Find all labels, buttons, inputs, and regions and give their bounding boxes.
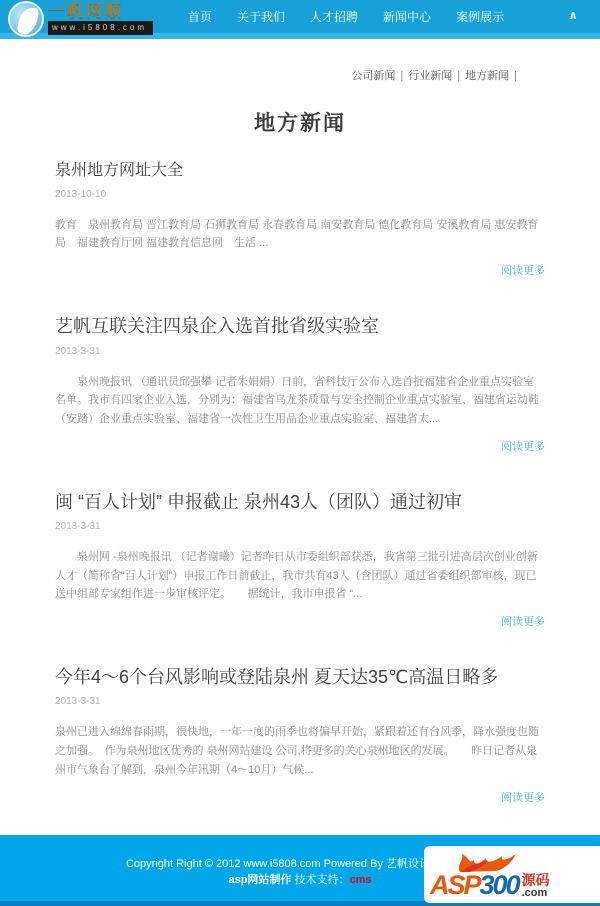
- read-more-link[interactable]: 阅读更多: [501, 792, 545, 804]
- news-item: 今年4～6个台风影响或登陆泉州 夏天达35℃高温日略多 2013-3-31 泉州…: [55, 666, 545, 805]
- news-item: 闽 “百人计划” 申报截止 泉州43人（团队）通过初审 2013-3-31 泉州…: [55, 491, 545, 630]
- news-date: 2013-3-31: [55, 521, 545, 532]
- separator: |: [400, 70, 403, 82]
- logo-title: 一帆网顺: [48, 3, 153, 21]
- category-link-industry[interactable]: 行业新闻: [408, 70, 452, 82]
- read-more-link[interactable]: 阅读更多: [501, 616, 545, 628]
- asp300-watermark-logo: ASP300 源码 .com: [424, 846, 600, 903]
- news-item: 艺帆互联关注四泉企入选首批省级实验室 2013-3-31 泉州晚报讯 （通讯员邱…: [55, 315, 545, 454]
- nav-item-cases[interactable]: 案例展示: [456, 8, 504, 25]
- wm-yuanma-text: 源码: [522, 873, 550, 887]
- category-link-company[interactable]: 公司新闻: [351, 70, 395, 82]
- news-excerpt: 教育 泉州教育局 晋江教育局 石狮教育局 永春教育局 南安教育局 德化教育局 安…: [55, 216, 545, 253]
- news-date: 2013-3-31: [55, 696, 545, 707]
- news-title[interactable]: 艺帆互联关注四泉企入选首批省级实验室: [55, 315, 545, 338]
- news-date: 2013-10-10: [55, 189, 545, 200]
- sail-logo-icon: [8, 1, 44, 37]
- news-date: 2013-3-31: [55, 346, 545, 357]
- read-more-link[interactable]: 阅读更多: [501, 265, 545, 277]
- cms-link[interactable]: cms: [350, 874, 372, 886]
- wm-300-text: 300: [480, 872, 519, 899]
- news-title[interactable]: 今年4～6个台风影响或登陆泉州 夏天达35℃高温日略多: [55, 666, 545, 689]
- logo-url: www.i5808.com: [48, 21, 153, 35]
- news-list: 泉州地方网址大全 2013-10-10 教育 泉州教育局 晋江教育局 石狮教育局…: [55, 161, 545, 806]
- footer-support-label: 技术支持：: [291, 874, 349, 886]
- wm-asp-text: ASP: [430, 872, 480, 899]
- nav-item-home[interactable]: 首页: [188, 8, 212, 25]
- chevron-up-icon[interactable]: ∧: [568, 8, 578, 22]
- footer-asp-label: asp网站制作: [228, 874, 291, 886]
- separator: |: [457, 70, 460, 82]
- nav-item-about[interactable]: 关于我们: [237, 8, 285, 25]
- site-header: 一帆网顺 www.i5808.com 首页 关于我们 人才招聘 新闻中心 案例展…: [0, 0, 600, 39]
- news-title[interactable]: 泉州地方网址大全: [55, 161, 545, 182]
- wm-com-text: .com: [522, 887, 548, 899]
- news-excerpt: 泉州晚报讯 （通讯员邱强攀 记者朱娟娟）日前，省科技厅公布入选首批福建省企业重点…: [55, 373, 545, 429]
- read-more-link[interactable]: 阅读更多: [501, 441, 545, 453]
- site-logo[interactable]: 一帆网顺 www.i5808.com: [8, 1, 153, 37]
- main-nav: 首页 关于我们 人才招聘 新闻中心 案例展示: [188, 0, 504, 33]
- category-link-local[interactable]: 地方新闻: [465, 70, 509, 82]
- nav-item-news[interactable]: 新闻中心: [383, 8, 431, 25]
- news-category-links: 公司新闻|行业新闻|地方新闻|: [0, 67, 522, 83]
- news-excerpt: 泉州已进入绵绵春雨期，很快地，一年一度的雨季也将偏早开始，紧跟着还有台风季，降水…: [55, 723, 545, 779]
- page-title: 地方新闻: [0, 107, 600, 137]
- news-excerpt: 泉州网 -泉州晚报讯 （记者谢曦）记者昨日从市委组织部获悉，我省第三批引进高层次…: [55, 548, 545, 604]
- news-item: 泉州地方网址大全 2013-10-10 教育 泉州教育局 晋江教育局 石狮教育局…: [55, 161, 545, 279]
- separator: |: [514, 70, 517, 82]
- nav-item-jobs[interactable]: 人才招聘: [310, 8, 358, 25]
- news-title[interactable]: 闽 “百人计划” 申报截止 泉州43人（团队）通过初审: [55, 491, 545, 514]
